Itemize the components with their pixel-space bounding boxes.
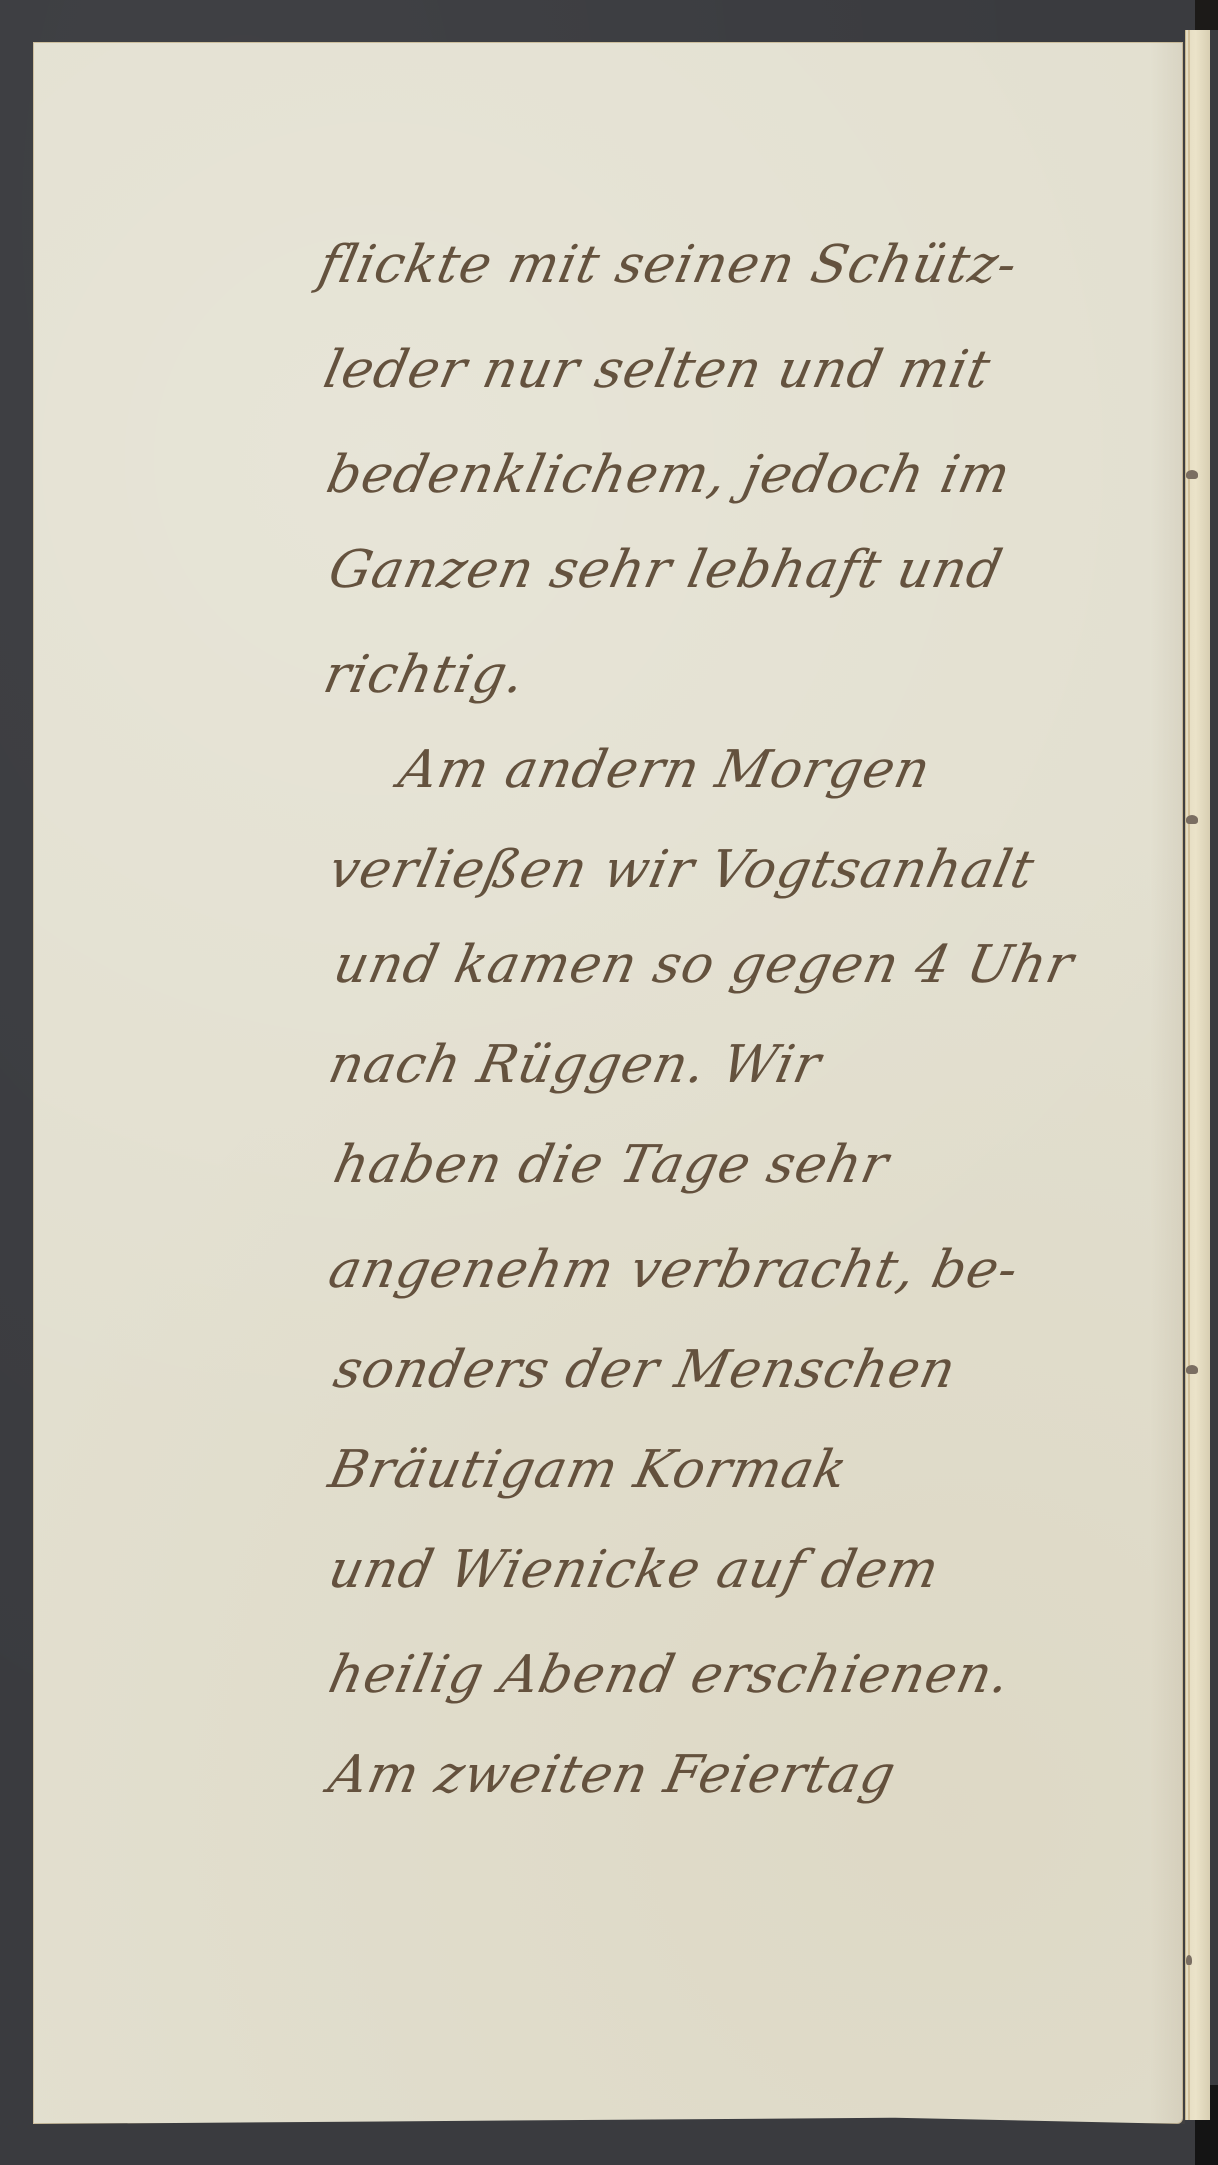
handwritten-line: sonders der Menschen [329,1340,962,1400]
handwritten-line: und Wienicke auf dem [324,1540,945,1600]
handwritten-line: angenehm verbracht, be- [324,1240,1024,1300]
handwritten-line: Am zweiten Feiertag [324,1745,902,1805]
handwritten-line: richtig. [319,645,531,705]
handwritten-line: nach Rüggen. Wir [324,1035,827,1095]
handwritten-line: verließen wir Vogtsanhalt [324,840,1040,900]
handwritten-line: Ganzen sehr lebhaft und [324,540,1008,600]
handwritten-line: flickte mit seinen Schütz- [314,235,1023,295]
manuscript-text: flickte mit seinen Schütz- leder nur sel… [0,0,1218,2165]
handwritten-line: haben die Tage sehr [329,1135,895,1195]
handwritten-line: heilig Abend erschienen. [324,1645,1016,1705]
handwritten-line: Bräutigam Kormak [324,1440,853,1500]
handwritten-line: und kamen so gegen 4 Uhr [329,935,1080,995]
handwritten-line: leder nur selten und mit [319,340,996,400]
handwritten-line: bedenklichem, jedoch im [322,445,1016,505]
handwritten-line: Am andern Morgen [394,740,937,800]
